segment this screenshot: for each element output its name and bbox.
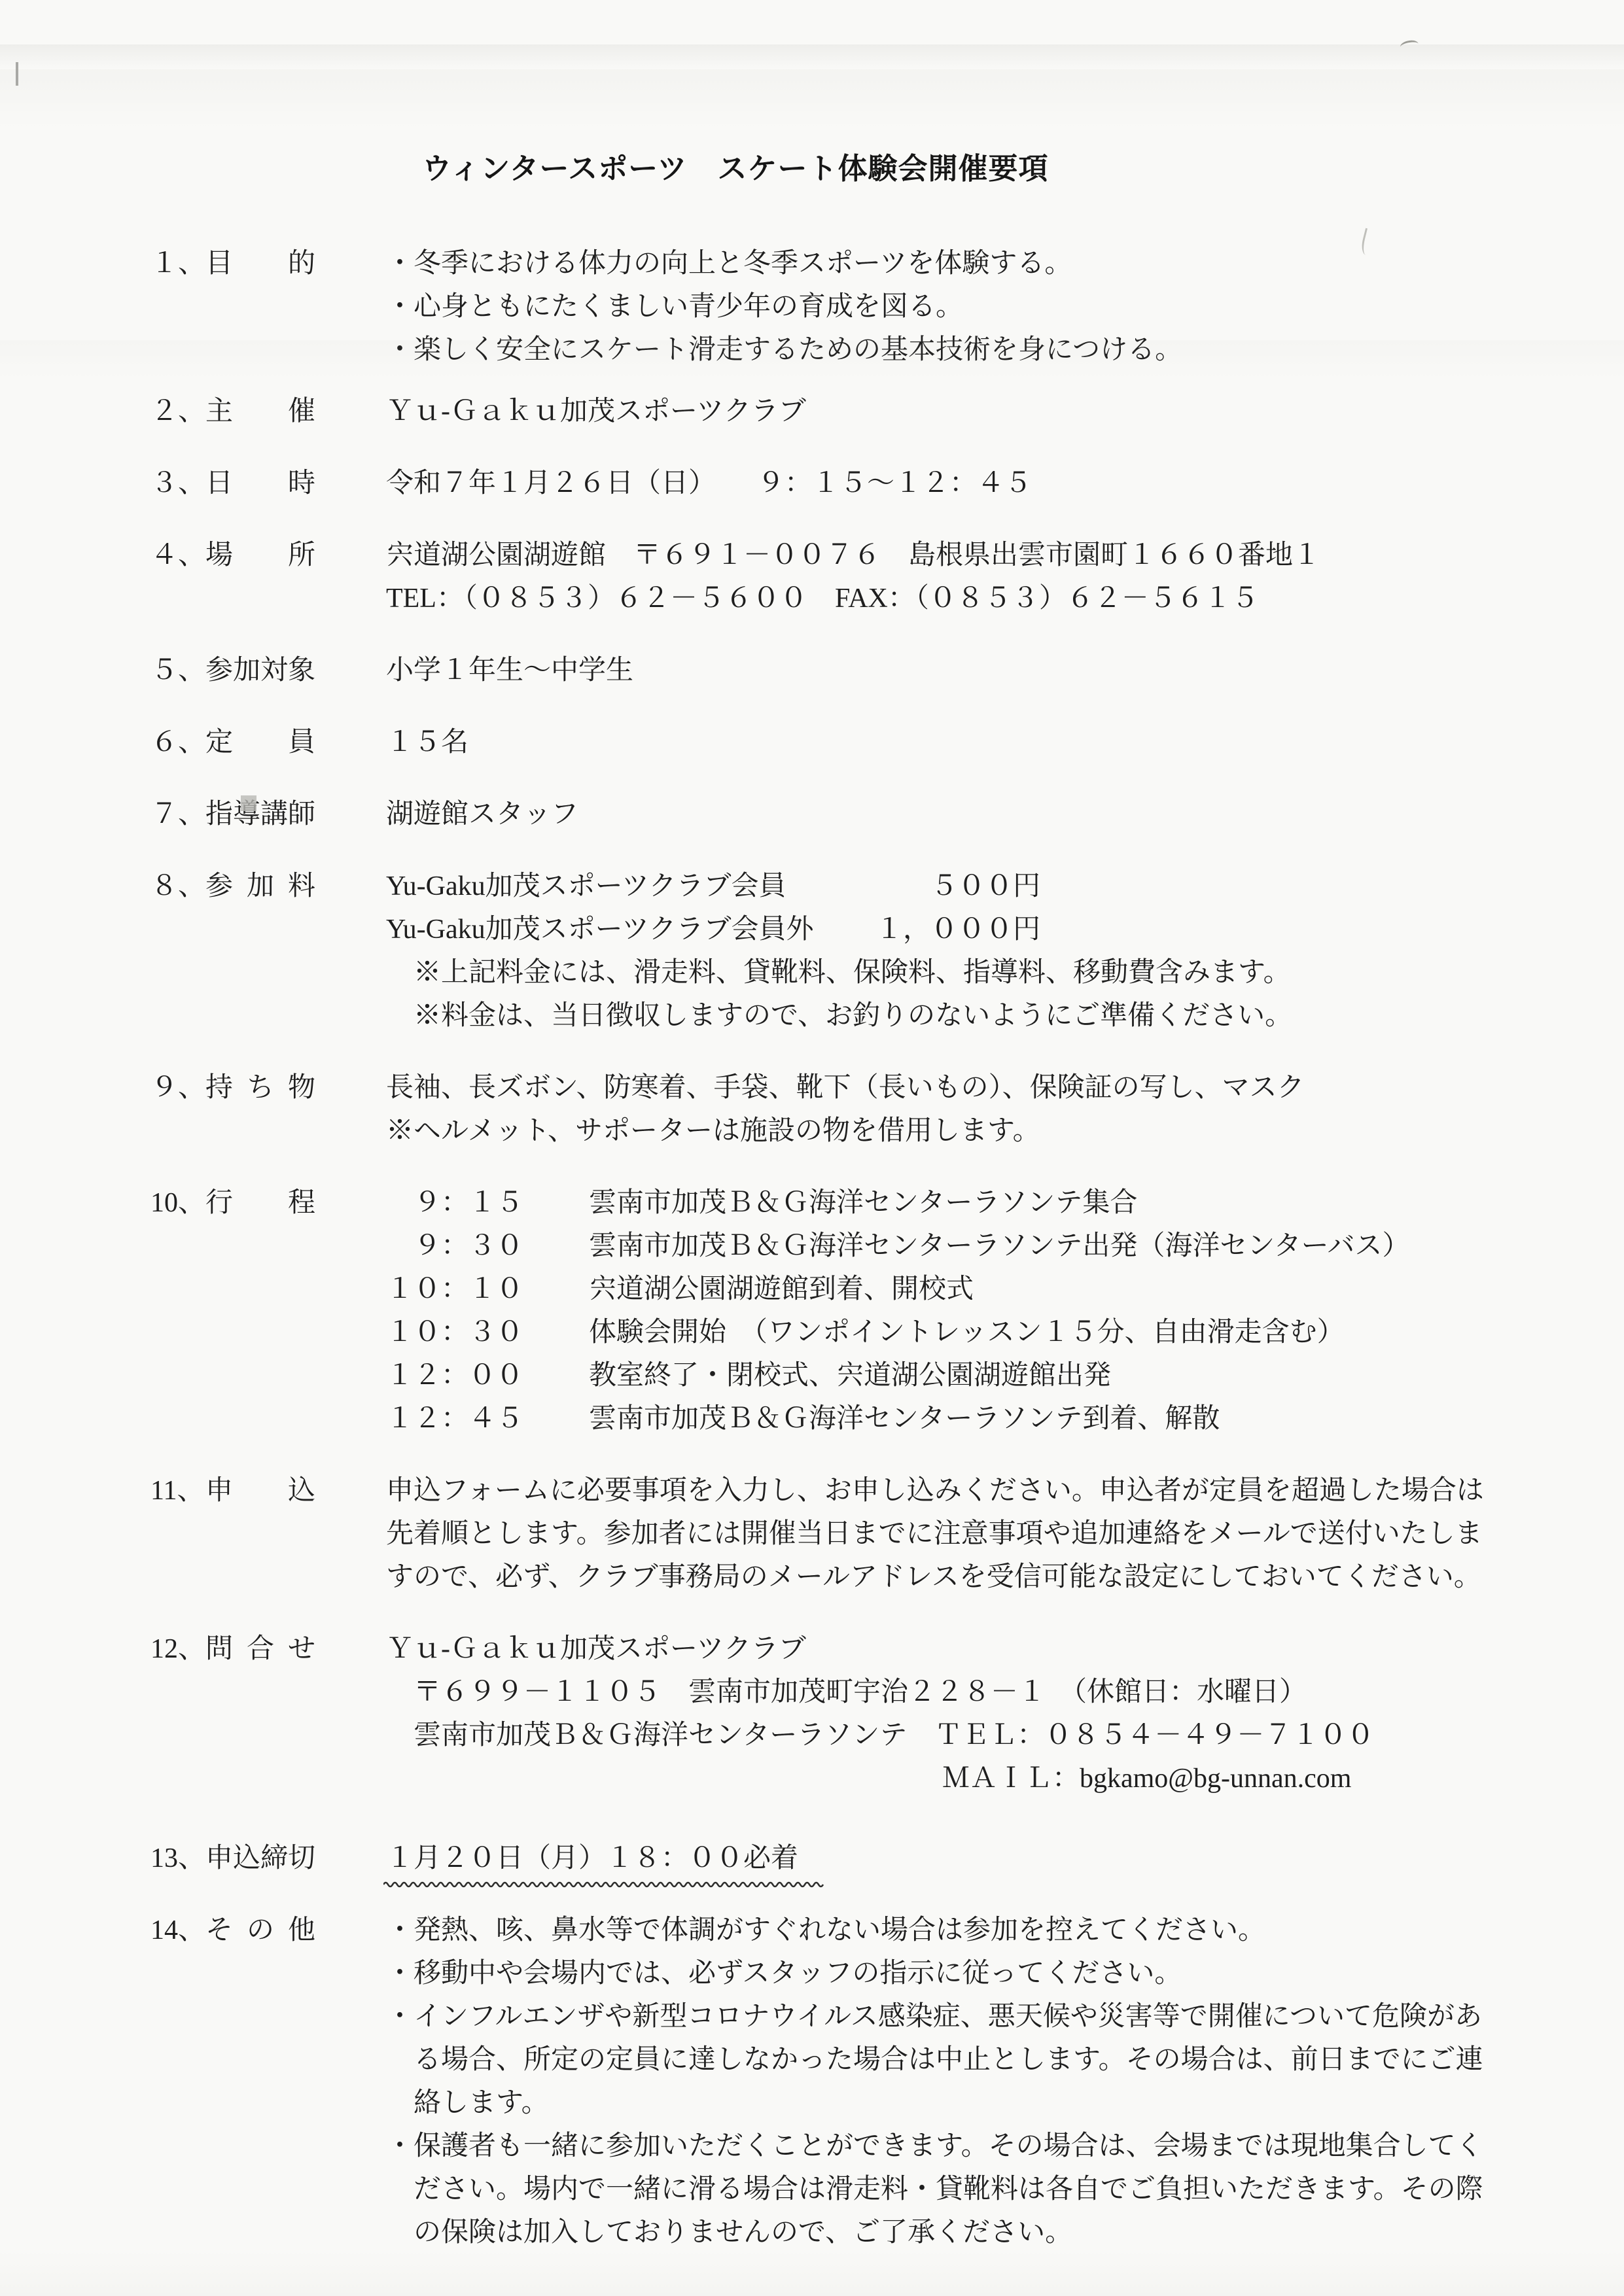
item-row: 12、問合せＹｕ‐Ｇａｋｕ加茂スポーツクラブ〒６９９－１１０５ 雲南市加茂町宇治… bbox=[150, 1627, 1624, 1800]
item-number: ７、 bbox=[150, 793, 205, 836]
price-amount: １，０００円 bbox=[875, 908, 1040, 951]
item-label: 定員 bbox=[205, 721, 315, 764]
schedule-desc: 雲南市加茂Ｂ＆Ｇ海洋センターラソンテ集合 bbox=[589, 1181, 1137, 1225]
note-line: ※上記料金には、滑走料、貸靴料、保険料、指導料、移動費含みます。 bbox=[414, 951, 1624, 994]
item-body: 長袖、長ズボン、防寒着、手袋、靴下（長いもの）、保険証の写し、マスク※ヘルメット… bbox=[386, 1066, 1624, 1153]
text-line: の保険は加入しておりませんので、ご了承ください。 bbox=[414, 2211, 1624, 2254]
item-number: ９、 bbox=[150, 1066, 205, 1109]
item-label: 持ち物 bbox=[205, 1066, 315, 1109]
schedule-desc: 雲南市加茂Ｂ＆Ｇ海洋センターラソンテ出発（海洋センターバス） bbox=[589, 1225, 1410, 1268]
item-body: Ｙｕ‐Ｇａｋｕ加茂スポーツクラブ bbox=[386, 390, 1624, 433]
item-head: 10、行程 bbox=[150, 1181, 315, 1225]
text-line: 雲南市加茂Ｂ＆Ｇ海洋センターラソンテ ＴＥＬ：０８５４－４９－７１００ bbox=[414, 1714, 1624, 1757]
item-row: ６、定員１５名 bbox=[150, 721, 1624, 764]
item-number: 13、 bbox=[150, 1837, 205, 1880]
item-number: 10、 bbox=[150, 1181, 205, 1225]
item-body: 申込フォームに必要事項を入力し、お申し込みください。申込者が定員を超過した場合は… bbox=[386, 1469, 1624, 1599]
text-line: 〒６９９－１１０５ 雲南市加茂町宇治２２８－１ （休館日：水曜日） bbox=[414, 1671, 1624, 1714]
item-head: 13、申込締切 bbox=[150, 1837, 315, 1880]
text-line: 宍道湖公園湖遊館 〒６９１－００７６ 島根県出雲市園町１６６０番地１ bbox=[386, 534, 1624, 577]
items-list: １、目的・冬季における体力の向上と冬季スポーツを体験する。・心身ともにたくましい… bbox=[0, 242, 1624, 2254]
item-body: 令和７年１月２６日（日） ９：１５～１２：４５ bbox=[386, 462, 1624, 505]
item-row: 10、行程 ９：１５雲南市加茂Ｂ＆Ｇ海洋センターラソンテ集合 ９：３０雲南市加茂… bbox=[150, 1181, 1624, 1440]
item-head: ８、参加料 bbox=[150, 865, 315, 908]
item-number: 14、 bbox=[150, 1909, 205, 1952]
text-line: すので、必ず、クラブ事務局のメールアドレスを受信可能な設定にしておいてください。 bbox=[386, 1556, 1624, 1599]
schedule-row: １２：４５雲南市加茂Ｂ＆Ｇ海洋センターラソンテ到着、解散 bbox=[386, 1397, 1624, 1440]
item-head: １、目的 bbox=[150, 242, 315, 285]
wavy-underline bbox=[383, 1880, 827, 1889]
item-row: 14、その他・発熱、咳、鼻水等で体調がすぐれない場合は参加を控えてください。・移… bbox=[150, 1909, 1624, 2254]
item-head: ２、主催 bbox=[150, 390, 315, 433]
note-line: ※料金は、当日徴収しますので、お釣りのないようにご準備ください。 bbox=[414, 994, 1624, 1037]
item-row: ２、主催Ｙｕ‐Ｇａｋｕ加茂スポーツクラブ bbox=[150, 390, 1624, 433]
item-body: ・発熱、咳、鼻水等で体調がすぐれない場合は参加を控えてください。・移動中や会場内… bbox=[386, 1909, 1624, 2254]
item-body: ・冬季における体力の向上と冬季スポーツを体験する。・心身ともにたくましい青少年の… bbox=[386, 242, 1624, 372]
bullet-line: ・冬季における体力の向上と冬季スポーツを体験する。 bbox=[386, 242, 1624, 285]
item-body: Yu-Gaku加茂スポーツクラブ会員５００円Yu-Gaku加茂スポーツクラブ会員… bbox=[386, 865, 1624, 1037]
item-row: 11、申込申込フォームに必要事項を入力し、お申し込みください。申込者が定員を超過… bbox=[150, 1469, 1624, 1599]
item-label: 申込締切 bbox=[205, 1837, 315, 1880]
schedule-desc: 体験会開始 （ワンポイントレッスン１５分、自由滑走含む） bbox=[589, 1311, 1345, 1354]
item-label: 申込 bbox=[205, 1469, 315, 1512]
item-label: 場所 bbox=[205, 534, 315, 577]
text-line: 申込フォームに必要事項を入力し、お申し込みください。申込者が定員を超過した場合は bbox=[386, 1469, 1624, 1512]
item-head: ５、参加対象 bbox=[150, 649, 315, 692]
item-number: ６、 bbox=[150, 721, 205, 764]
schedule-time: １２：４５ bbox=[386, 1397, 589, 1440]
price-amount: ５００円 bbox=[930, 865, 1040, 908]
scan-artifact bbox=[16, 62, 18, 86]
item-number: 12、 bbox=[150, 1627, 205, 1671]
item-body: Ｙｕ‐Ｇａｋｕ加茂スポーツクラブ〒６９９－１１０５ 雲南市加茂町宇治２２８－１ … bbox=[386, 1627, 1624, 1800]
item-head: 14、その他 bbox=[150, 1909, 315, 1952]
text-line: Ｙｕ‐Ｇａｋｕ加茂スポーツクラブ bbox=[386, 390, 1624, 433]
text-line: 先着順とします。参加者には開催当日までに注意事項や追加連絡をメールで送付いたしま bbox=[386, 1512, 1624, 1556]
item-label: 参加対象 bbox=[205, 649, 315, 692]
schedule-time: １２：００ bbox=[386, 1354, 589, 1397]
item-body: １５名 bbox=[386, 721, 1624, 764]
deadline-line: １月２０日（月）１８：００必着 bbox=[386, 1837, 1624, 1885]
schedule-time: ９：１５ bbox=[386, 1181, 589, 1225]
text-line: 絡します。 bbox=[414, 2081, 1624, 2125]
schedule-desc: 宍道湖公園湖遊館到着、開校式 bbox=[589, 1268, 974, 1311]
item-body: ９：１５雲南市加茂Ｂ＆Ｇ海洋センターラソンテ集合 ９：３０雲南市加茂Ｂ＆Ｇ海洋セ… bbox=[386, 1181, 1624, 1440]
bullet-line: ・保護者も一緒に参加いただくことができます。その場合は、会場までは現地集合してく bbox=[386, 2125, 1624, 2168]
schedule-desc: 教室終了・閉校式、宍道湖公園湖遊館出発 bbox=[589, 1354, 1111, 1397]
schedule-row: １２：００教室終了・閉校式、宍道湖公園湖遊館出発 bbox=[386, 1354, 1624, 1397]
schedule-row: １０：３０体験会開始 （ワンポイントレッスン１５分、自由滑走含む） bbox=[386, 1311, 1624, 1354]
item-head: 11、申込 bbox=[150, 1469, 315, 1512]
item-label: 目的 bbox=[205, 242, 315, 285]
price-name: Yu-Gaku加茂スポーツクラブ会員 bbox=[386, 865, 786, 908]
item-head: ４、場所 bbox=[150, 534, 315, 577]
text-line: ＭＡＩＬ：bgkamo@bg-unnan.com bbox=[942, 1757, 1624, 1800]
price-row: Yu-Gaku加茂スポーツクラブ会員外１，０００円 bbox=[386, 908, 1040, 951]
price-name: Yu-Gaku加茂スポーツクラブ会員外 bbox=[386, 908, 814, 951]
price-row: Yu-Gaku加茂スポーツクラブ会員５００円 bbox=[386, 865, 1040, 908]
schedule-row: １０：１０宍道湖公園湖遊館到着、開校式 bbox=[386, 1268, 1624, 1311]
item-number: １、 bbox=[150, 242, 205, 285]
item-number: ４、 bbox=[150, 534, 205, 577]
bullet-line: ・移動中や会場内では、必ずスタッフの指示に従ってください。 bbox=[386, 1952, 1624, 1995]
document-title: ウィンタースポーツ スケート体験会開催要項 bbox=[422, 0, 1624, 190]
schedule-row: ９：３０雲南市加茂Ｂ＆Ｇ海洋センターラソンテ出発（海洋センターバス） bbox=[386, 1225, 1624, 1268]
item-head: 12、問合せ bbox=[150, 1627, 315, 1671]
item-row: ５、参加対象小学１年生～中学生 bbox=[150, 649, 1624, 692]
item-label: 指導講師 bbox=[205, 793, 315, 836]
item-label: その他 bbox=[205, 1909, 315, 1952]
schedule-desc: 雲南市加茂Ｂ＆Ｇ海洋センターラソンテ到着、解散 bbox=[589, 1397, 1220, 1440]
deadline-text: １月２０日（月）１８：００必着 bbox=[386, 1837, 824, 1885]
item-label: 主催 bbox=[205, 390, 315, 433]
item-body: 湖遊館スタッフ bbox=[386, 793, 1624, 836]
item-number: ３、 bbox=[150, 462, 205, 505]
item-number: ８、 bbox=[150, 865, 205, 908]
text-line: 令和７年１月２６日（日） ９：１５～１２：４５ bbox=[386, 462, 1624, 505]
text-line: 長袖、長ズボン、防寒着、手袋、靴下（長いもの）、保険証の写し、マスク bbox=[386, 1066, 1624, 1109]
item-number: ２、 bbox=[150, 390, 205, 433]
item-label: 日時 bbox=[205, 462, 315, 505]
bullet-line: ・心身ともにたくましい青少年の育成を図る。 bbox=[386, 285, 1624, 328]
item-body: 宍道湖公園湖遊館 〒６９１－００７６ 島根県出雲市園町１６６０番地１TEL：（０… bbox=[386, 534, 1624, 620]
schedule-time: １０：３０ bbox=[386, 1311, 589, 1354]
scanned-document-page: ウィンタースポーツ スケート体験会開催要項 １、目的・冬季における体力の向上と冬… bbox=[0, 0, 1624, 2296]
item-row: ４、場所宍道湖公園湖遊館 〒６９１－００７６ 島根県出雲市園町１６６０番地１TE… bbox=[150, 534, 1624, 620]
item-number: 11、 bbox=[150, 1469, 205, 1512]
item-row: ９、持ち物長袖、長ズボン、防寒着、手袋、靴下（長いもの）、保険証の写し、マスク※… bbox=[150, 1066, 1624, 1153]
item-head: ６、定員 bbox=[150, 721, 315, 764]
text-line: 湖遊館スタッフ bbox=[386, 793, 1624, 836]
text-line: Ｙｕ‐Ｇａｋｕ加茂スポーツクラブ bbox=[386, 1627, 1624, 1671]
item-row: １、目的・冬季における体力の向上と冬季スポーツを体験する。・心身ともにたくましい… bbox=[150, 242, 1624, 372]
item-row: 13、申込締切１月２０日（月）１８：００必着 bbox=[150, 1837, 1624, 1885]
item-row: ３、日時令和７年１月２６日（日） ９：１５～１２：４５ bbox=[150, 462, 1624, 505]
item-label: 参加料 bbox=[205, 865, 315, 908]
schedule-time: １０：１０ bbox=[386, 1268, 589, 1311]
item-row: ８、参加料Yu-Gaku加茂スポーツクラブ会員５００円Yu-Gaku加茂スポーツ… bbox=[150, 865, 1624, 1037]
item-body: 小学１年生～中学生 bbox=[386, 649, 1624, 692]
item-number: ５、 bbox=[150, 649, 205, 692]
item-body: １月２０日（月）１８：００必着 bbox=[386, 1837, 1624, 1885]
item-label: 行程 bbox=[205, 1181, 315, 1225]
item-label: 問合せ bbox=[205, 1627, 315, 1671]
text-line: ださい。場内で一緒に滑る場合は滑走料・貸靴料は各自でご負担いただきます。その際 bbox=[414, 2168, 1624, 2211]
item-head: ３、日時 bbox=[150, 462, 315, 505]
bullet-line: ・発熱、咳、鼻水等で体調がすぐれない場合は参加を控えてください。 bbox=[386, 1909, 1624, 1952]
text-line: 小学１年生～中学生 bbox=[386, 649, 1624, 692]
text-line: る場合、所定の定員に達しなかった場合は中止とします。その場合は、前日までにご連 bbox=[414, 2038, 1624, 2081]
text-line: TEL：（０８５３）６２－５６００ FAX：（０８５３）６２－５６１５ bbox=[386, 577, 1624, 620]
bullet-line: ・楽しく安全にスケート滑走するための基本技術を身につける。 bbox=[386, 328, 1624, 372]
item-row: ７、指導講師湖遊館スタッフ bbox=[150, 793, 1624, 836]
text-line: １５名 bbox=[386, 721, 1624, 764]
schedule-time: ９：３０ bbox=[386, 1225, 589, 1268]
item-head: ７、指導講師 bbox=[150, 793, 315, 836]
schedule-row: ９：１５雲南市加茂Ｂ＆Ｇ海洋センターラソンテ集合 bbox=[386, 1181, 1624, 1225]
item-head: ９、持ち物 bbox=[150, 1066, 315, 1109]
note-line: ※ヘルメット、サポーターは施設の物を借用します。 bbox=[386, 1109, 1624, 1153]
bullet-line: ・インフルエンザや新型コロナウイルス感染症、悪天候や災害等で開催について危険があ bbox=[386, 1995, 1624, 2038]
